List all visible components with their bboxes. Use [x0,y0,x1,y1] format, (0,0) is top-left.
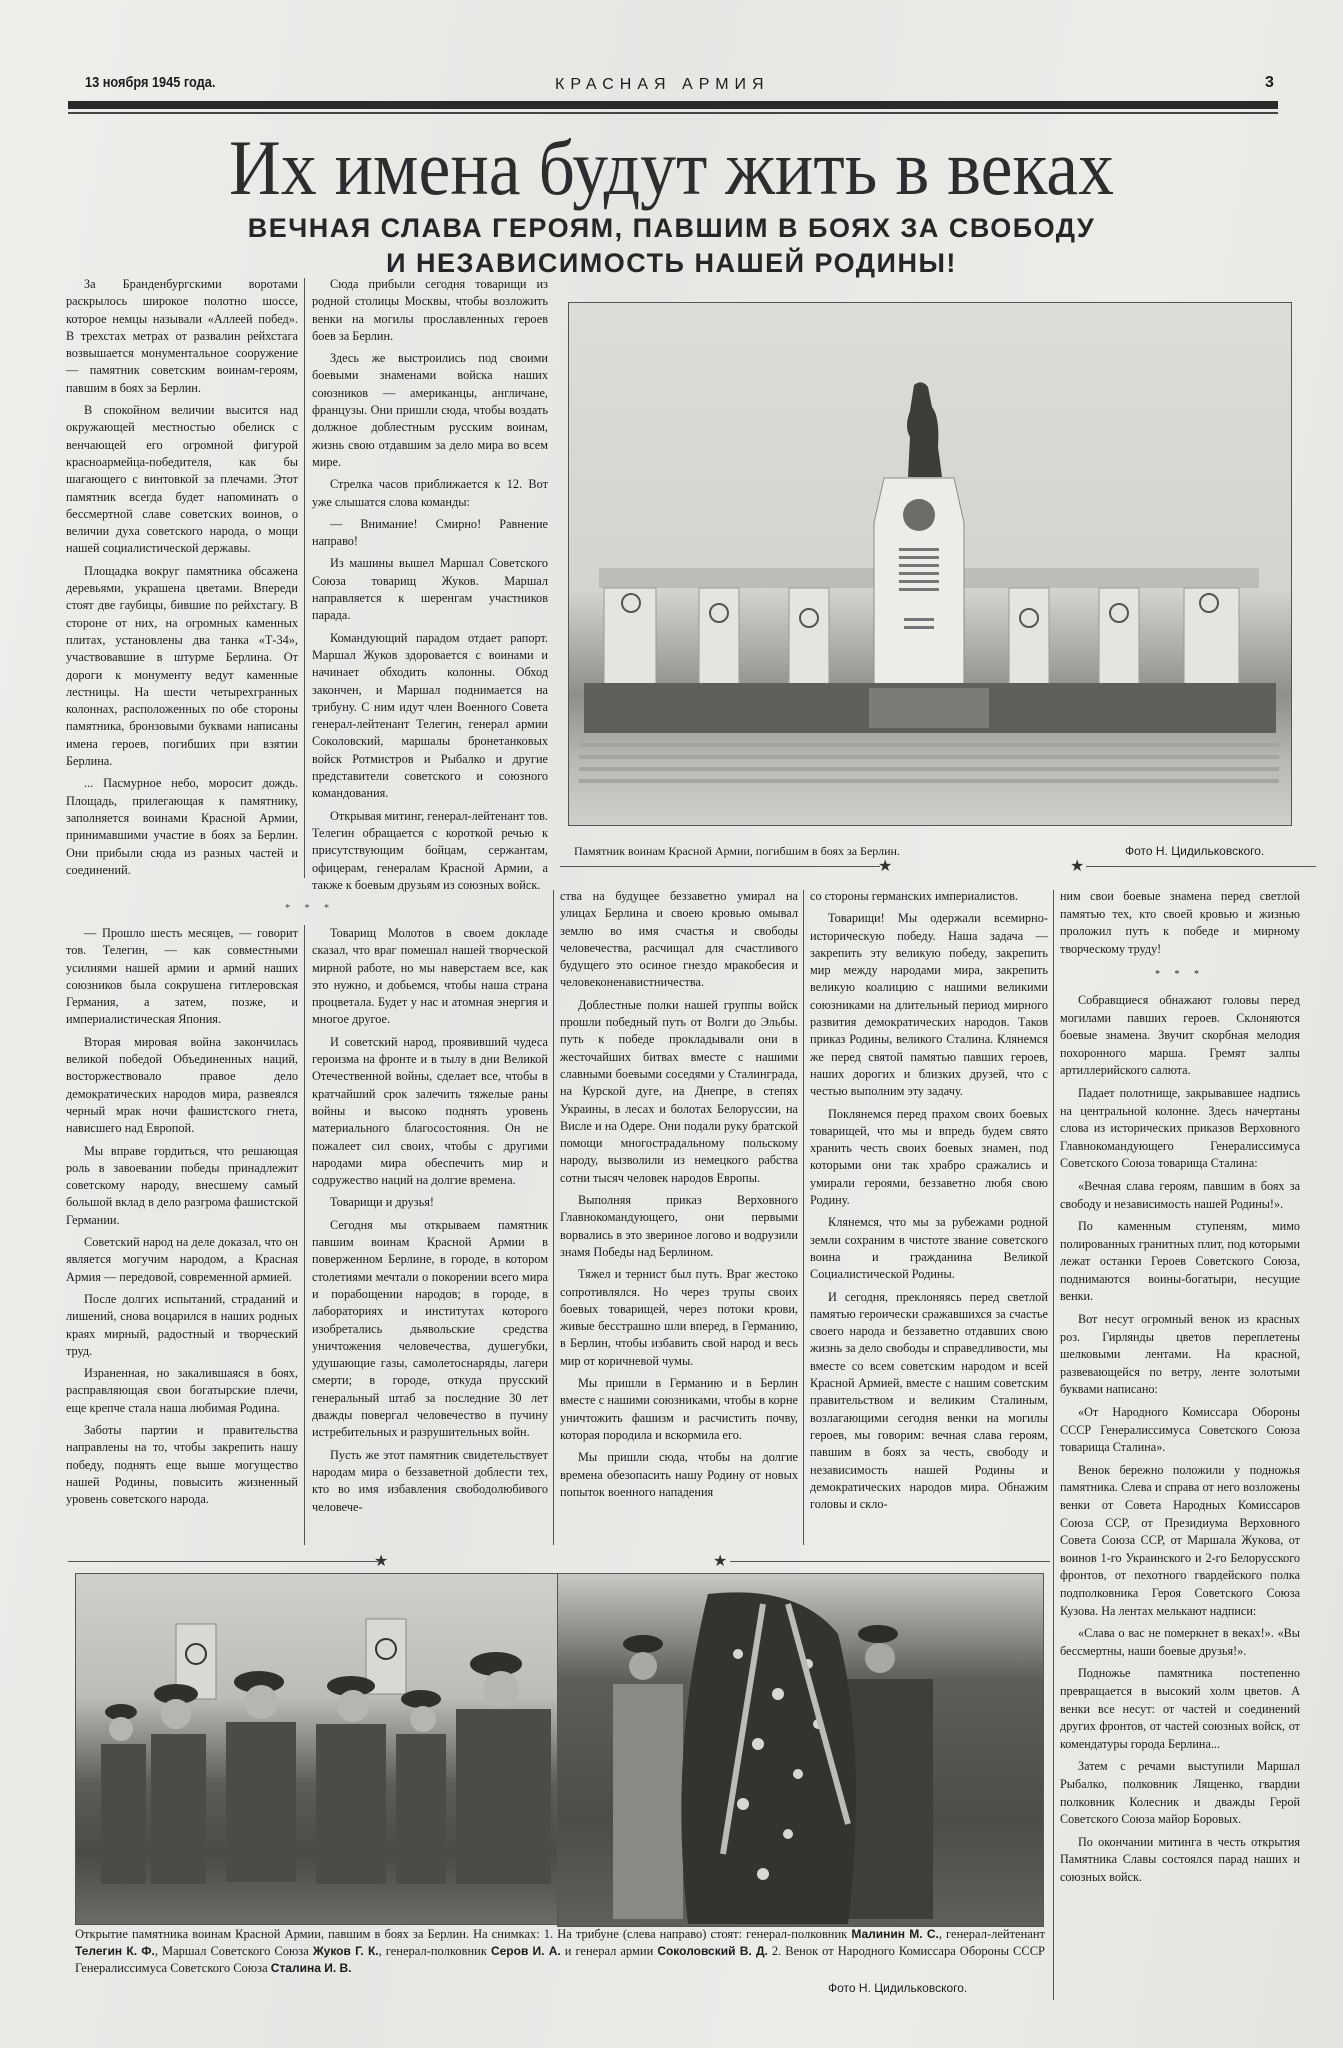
divider-rule [560,866,880,867]
paragraph: Мы пришли в Германию и в Берлин вместе с… [560,1375,798,1444]
column-rule [304,925,305,1545]
column-rule [304,278,305,878]
star-icon: ★ [878,856,892,876]
article-column-3: ства на будущее беззаветно умирал на ули… [560,888,798,1548]
paragraph: Из машины вышел Маршал Советского Союза … [312,555,548,624]
column-rule [553,890,554,1545]
paragraph: И советский народ, проявивший чудеса гер… [312,1034,548,1190]
subheadline-line2: И НЕЗАВИСИМОСТЬ НАШЕЙ РОДИНЫ! [0,248,1343,279]
paragraph: И сегодня, преклоняясь перед светлой пам… [810,1289,1048,1514]
paragraph: После долгих испытаний, страданий и лише… [66,1291,298,1360]
wreath-photo [557,1573,1044,1927]
paragraph: Открывая митинг, генерал-лейтенант тов. … [312,808,548,894]
person-name: Жуков Г. К. [313,1944,379,1958]
paragraph: Вот несут огромный венок из красных роз.… [1060,1311,1300,1399]
paragraph: Израненная, но закалившаяся в боях, расп… [66,1365,298,1417]
bottom-photos-credit: Фото Н. Цидильковского. [828,1980,967,1997]
newspaper-name: КРАСНАЯ АРМИЯ [555,76,770,94]
paragraph: Поклянемся перед прахом своих боевых тов… [810,1106,1048,1210]
person-name: Сталина И. В. [271,1961,352,1975]
paragraph: Собравщиеся обнажают головы перед могила… [1060,992,1300,1080]
paragraph: В спокойном величии высится над окружающ… [66,402,298,558]
paragraph: — Прошло шесть месяцев, — говорит тов. Т… [66,925,298,1029]
article-column-1-top: За Бранденбургскими воротами раскрылось … [66,276,298,881]
paragraph: Стрелка часов приближается к 12. Вот уже… [312,476,548,511]
star-icon: ★ [374,1551,388,1571]
paragraph: Вторая мировая война закончилась великой… [66,1034,298,1138]
paragraph: «Слава о вас не померкнет в веках!». «Вы… [1060,1625,1300,1660]
bottom-photos-caption: Открытие памятника воинам Красной Армии,… [75,1926,1045,1977]
column-rule [803,890,804,1545]
person-name: Телегин К. Ф. [75,1944,155,1958]
paragraph: Советский народ на деле доказал, что он … [66,1234,298,1286]
section-divider-stars: * * * [1060,966,1300,984]
paragraph: Командующий парадом отдает рапорт. Марша… [312,630,548,803]
paragraph: Подножье памятника постепенно превращает… [1060,1665,1300,1753]
section-divider-stars: * * * [285,903,335,914]
masthead-rule-thick [68,101,1278,109]
paragraph: По каменным ступеням, мимо полированных … [1060,1218,1300,1306]
person-name: Малинин М. С. [851,1927,939,1941]
paragraph: За Бранденбургскими воротами раскрылось … [66,276,298,397]
paragraph: Выполняя приказ Верховного Главнокоманду… [560,1192,798,1261]
column-rule [1053,890,1054,2000]
paragraph: Здесь же выстроились под своими боевыми … [312,350,548,471]
main-photo-caption: Памятник воинам Красной Армии, погибшим … [574,843,1094,860]
paragraph: Венок бережно положили у подножья памятн… [1060,1462,1300,1620]
masthead-rule-thin [68,112,1278,114]
paragraph: — Внимание! Смирно! Равнение направо! [312,516,548,551]
main-photo-credit: Фото Н. Цидильковского. [1125,843,1264,860]
subheadline-line1: ВЕЧНАЯ СЛАВА ГЕРОЯМ, ПАВШИМ В БОЯХ ЗА СВ… [0,213,1343,244]
paragraph: Доблестные полки нашей группы войск прош… [560,997,798,1187]
paragraph: ... Пасмурное небо, моросит дождь. Площа… [66,775,298,879]
officers-illustration [76,1574,557,1924]
article-column-5: ним свои боевые знамена перед светлой па… [1060,888,1300,1998]
divider-rule [730,1561,1050,1562]
paragraph: со стороны германских империалистов. [810,888,1048,905]
article-column-2-top: Сюда прибыли сегодня товарищи из родной … [312,276,548,881]
paragraph: Товарищи и друзья! [312,1194,548,1211]
paragraph: ства на будущее беззаветно умирал на ули… [560,888,798,992]
star-icon: ★ [713,1551,727,1571]
star-icon: ★ [1070,856,1084,876]
paragraph: По окончании митинга в честь открытия Па… [1060,1834,1300,1887]
paragraph: Тяжел и тернист был путь. Враг жестоко с… [560,1266,798,1370]
officers-photo [75,1573,558,1925]
monument-illustration [569,303,1291,825]
paragraph: Заботы партии и правительства направлены… [66,1422,298,1508]
newspaper-page: 13 ноября 1945 года. КРАСНАЯ АРМИЯ 3 Их … [0,0,1343,2048]
paragraph: «От Народного Комиссара Обороны СССР Ген… [1060,1404,1300,1457]
divider-rule [1086,866,1316,867]
paragraph: Товарищи! Мы одержали всемирно-историчес… [810,910,1048,1100]
page-number: 3 [1265,74,1274,92]
paragraph: Падает полотнище, закрывавшее надпись на… [1060,1085,1300,1173]
paragraph: Пусть же этот памятник свидетельствует н… [312,1447,548,1516]
paragraph: Сегодня мы открываем памятник павшим вои… [312,1217,548,1442]
paragraph: «Вечная слава героям, павшим в боях за с… [1060,1178,1300,1213]
paragraph: Затем с речами выступили Маршал Рыбалко,… [1060,1758,1300,1828]
paragraph: Товарищ Молотов в своем докладе сказал, … [312,925,548,1029]
paragraph: Площадка вокруг памятника обсажена дерев… [66,563,298,771]
issue-date: 13 ноября 1945 года. [85,74,215,91]
divider-rule [68,1561,378,1562]
paragraph: Клянемся, что мы за рубежами родной земл… [810,1214,1048,1283]
article-column-4: со стороны германских империалистов. Тов… [810,888,1048,1548]
wreath-illustration [558,1574,1043,1926]
person-name: Серов И. А. [491,1944,561,1958]
paragraph: Сюда прибыли сегодня товарищи из родной … [312,276,548,345]
paragraph: Мы вправе гордиться, что решающая роль в… [66,1143,298,1229]
paragraph: ним свои боевые знамена перед светлой па… [1060,888,1300,958]
person-name: Соколовский В. Д. [657,1944,768,1958]
article-column-2-bottom: Товарищ Молотов в своем докладе сказал, … [312,925,548,1545]
paragraph: Мы пришли сюда, чтобы на долгие времена … [560,1449,798,1501]
monument-photo [568,302,1292,826]
main-headline: Их имена будут жить в веках [54,120,1290,216]
article-column-1-bottom: — Прошло шесть месяцев, — говорит тов. Т… [66,925,298,1545]
